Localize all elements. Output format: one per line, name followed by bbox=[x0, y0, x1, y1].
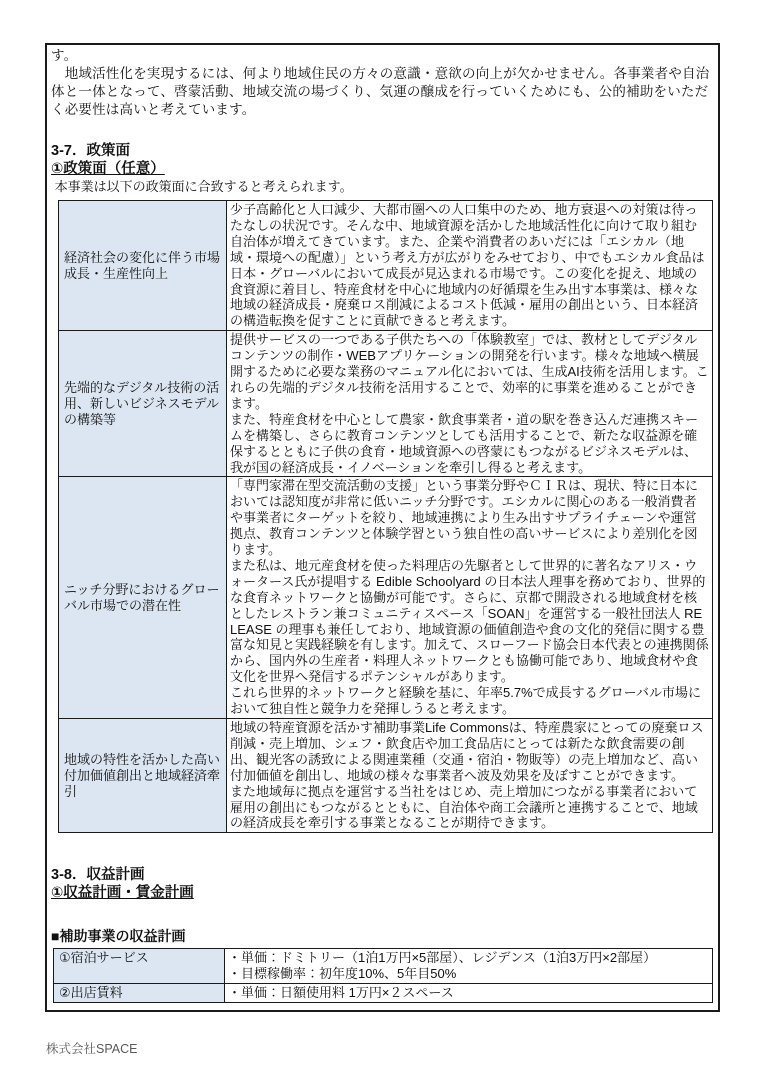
policy-table: 経済社会の変化に伴う市場成長・生産性向上 少子高齢化と人口減少、大都市圏への人口… bbox=[58, 200, 713, 833]
policy-row-body: 少子高齢化と人口減少、大都市圏への人口集中のため、地方衰退への対策は待ったなしの… bbox=[227, 201, 713, 331]
policy-row-label: 先端的なデジタル技術の活用、新しいビジネスモデルの構築等 bbox=[59, 331, 227, 477]
revenue-table: ①宿泊サービス ・単価：ドミトリー（1泊1万円×5部屋）、レジデンス（1泊3万円… bbox=[53, 948, 713, 1003]
table-row: 先端的なデジタル技術の活用、新しいビジネスモデルの構築等 提供サービスの一つであ… bbox=[59, 331, 713, 477]
section-heading-revenue: 3-8．収益計画 bbox=[51, 866, 712, 884]
policy-row-body: 「専門家滞在型交流活動の支援」という事業分野やＣＩＲは、現状、特に日本においては… bbox=[227, 477, 713, 719]
policy-lead-sentence: 本事業は以下の政策面に合致すると考えられます。 bbox=[51, 178, 712, 196]
table-row: 地域の特性を活かした高い付加価値創出と地域経済牽引 地域の特産資源を活かす補助事… bbox=[59, 719, 713, 833]
section-heading-policy: 3-7．政策面 bbox=[51, 142, 712, 160]
revenue-row-body: ・単価：日額使用料 1万円×２スペース bbox=[225, 984, 713, 1003]
policy-row-label: 経済社会の変化に伴う市場成長・生産性向上 bbox=[59, 201, 227, 331]
revenue-row-label: ②出店賃料 bbox=[54, 984, 225, 1003]
section-subheading-revenue: ①収益計画・賃金計画 bbox=[51, 884, 712, 902]
section-subheading-policy: ①政策面（任意） bbox=[51, 160, 712, 178]
page-border-frame: す。 地域活性化を実現するには、何より地域住民の方々の意識・意欲の向上が欠かせま… bbox=[45, 43, 720, 1012]
intro-paragraph: す。 地域活性化を実現するには、何より地域住民の方々の意識・意欲の向上が欠かせま… bbox=[51, 47, 712, 119]
table-row: ニッチ分野におけるグローバル市場での潜在性 「専門家滞在型交流活動の支援」という… bbox=[59, 477, 713, 719]
table-row: ②出店賃料 ・単価：日額使用料 1万円×２スペース bbox=[54, 984, 713, 1003]
document-page: す。 地域活性化を実現するには、何より地域住民の方々の意識・意欲の向上が欠かせま… bbox=[0, 0, 768, 1086]
revenue-row-body: ・単価：ドミトリー（1泊1万円×5部屋）、レジデンス（1泊3万円×2部屋） ・目… bbox=[225, 949, 713, 984]
footer-company-name: 株式会社SPACE bbox=[46, 1041, 137, 1057]
revenue-plan-title: ■補助事業の収益計画 bbox=[51, 927, 712, 945]
policy-row-label: 地域の特性を活かした高い付加価値創出と地域経済牽引 bbox=[59, 719, 227, 833]
table-row: 経済社会の変化に伴う市場成長・生産性向上 少子高齢化と人口減少、大都市圏への人口… bbox=[59, 201, 713, 331]
policy-row-body: 提供サービスの一つである子供たちへの「体験教室」では、教材としてデジタルコンテン… bbox=[227, 331, 713, 477]
policy-row-body: 地域の特産資源を活かす補助事業Life Commonsは、特産農家にとっての廃棄… bbox=[227, 719, 713, 833]
revenue-row-label: ①宿泊サービス bbox=[54, 949, 225, 984]
table-row: ①宿泊サービス ・単価：ドミトリー（1泊1万円×5部屋）、レジデンス（1泊3万円… bbox=[54, 949, 713, 984]
policy-row-label: ニッチ分野におけるグローバル市場での潜在性 bbox=[59, 477, 227, 719]
